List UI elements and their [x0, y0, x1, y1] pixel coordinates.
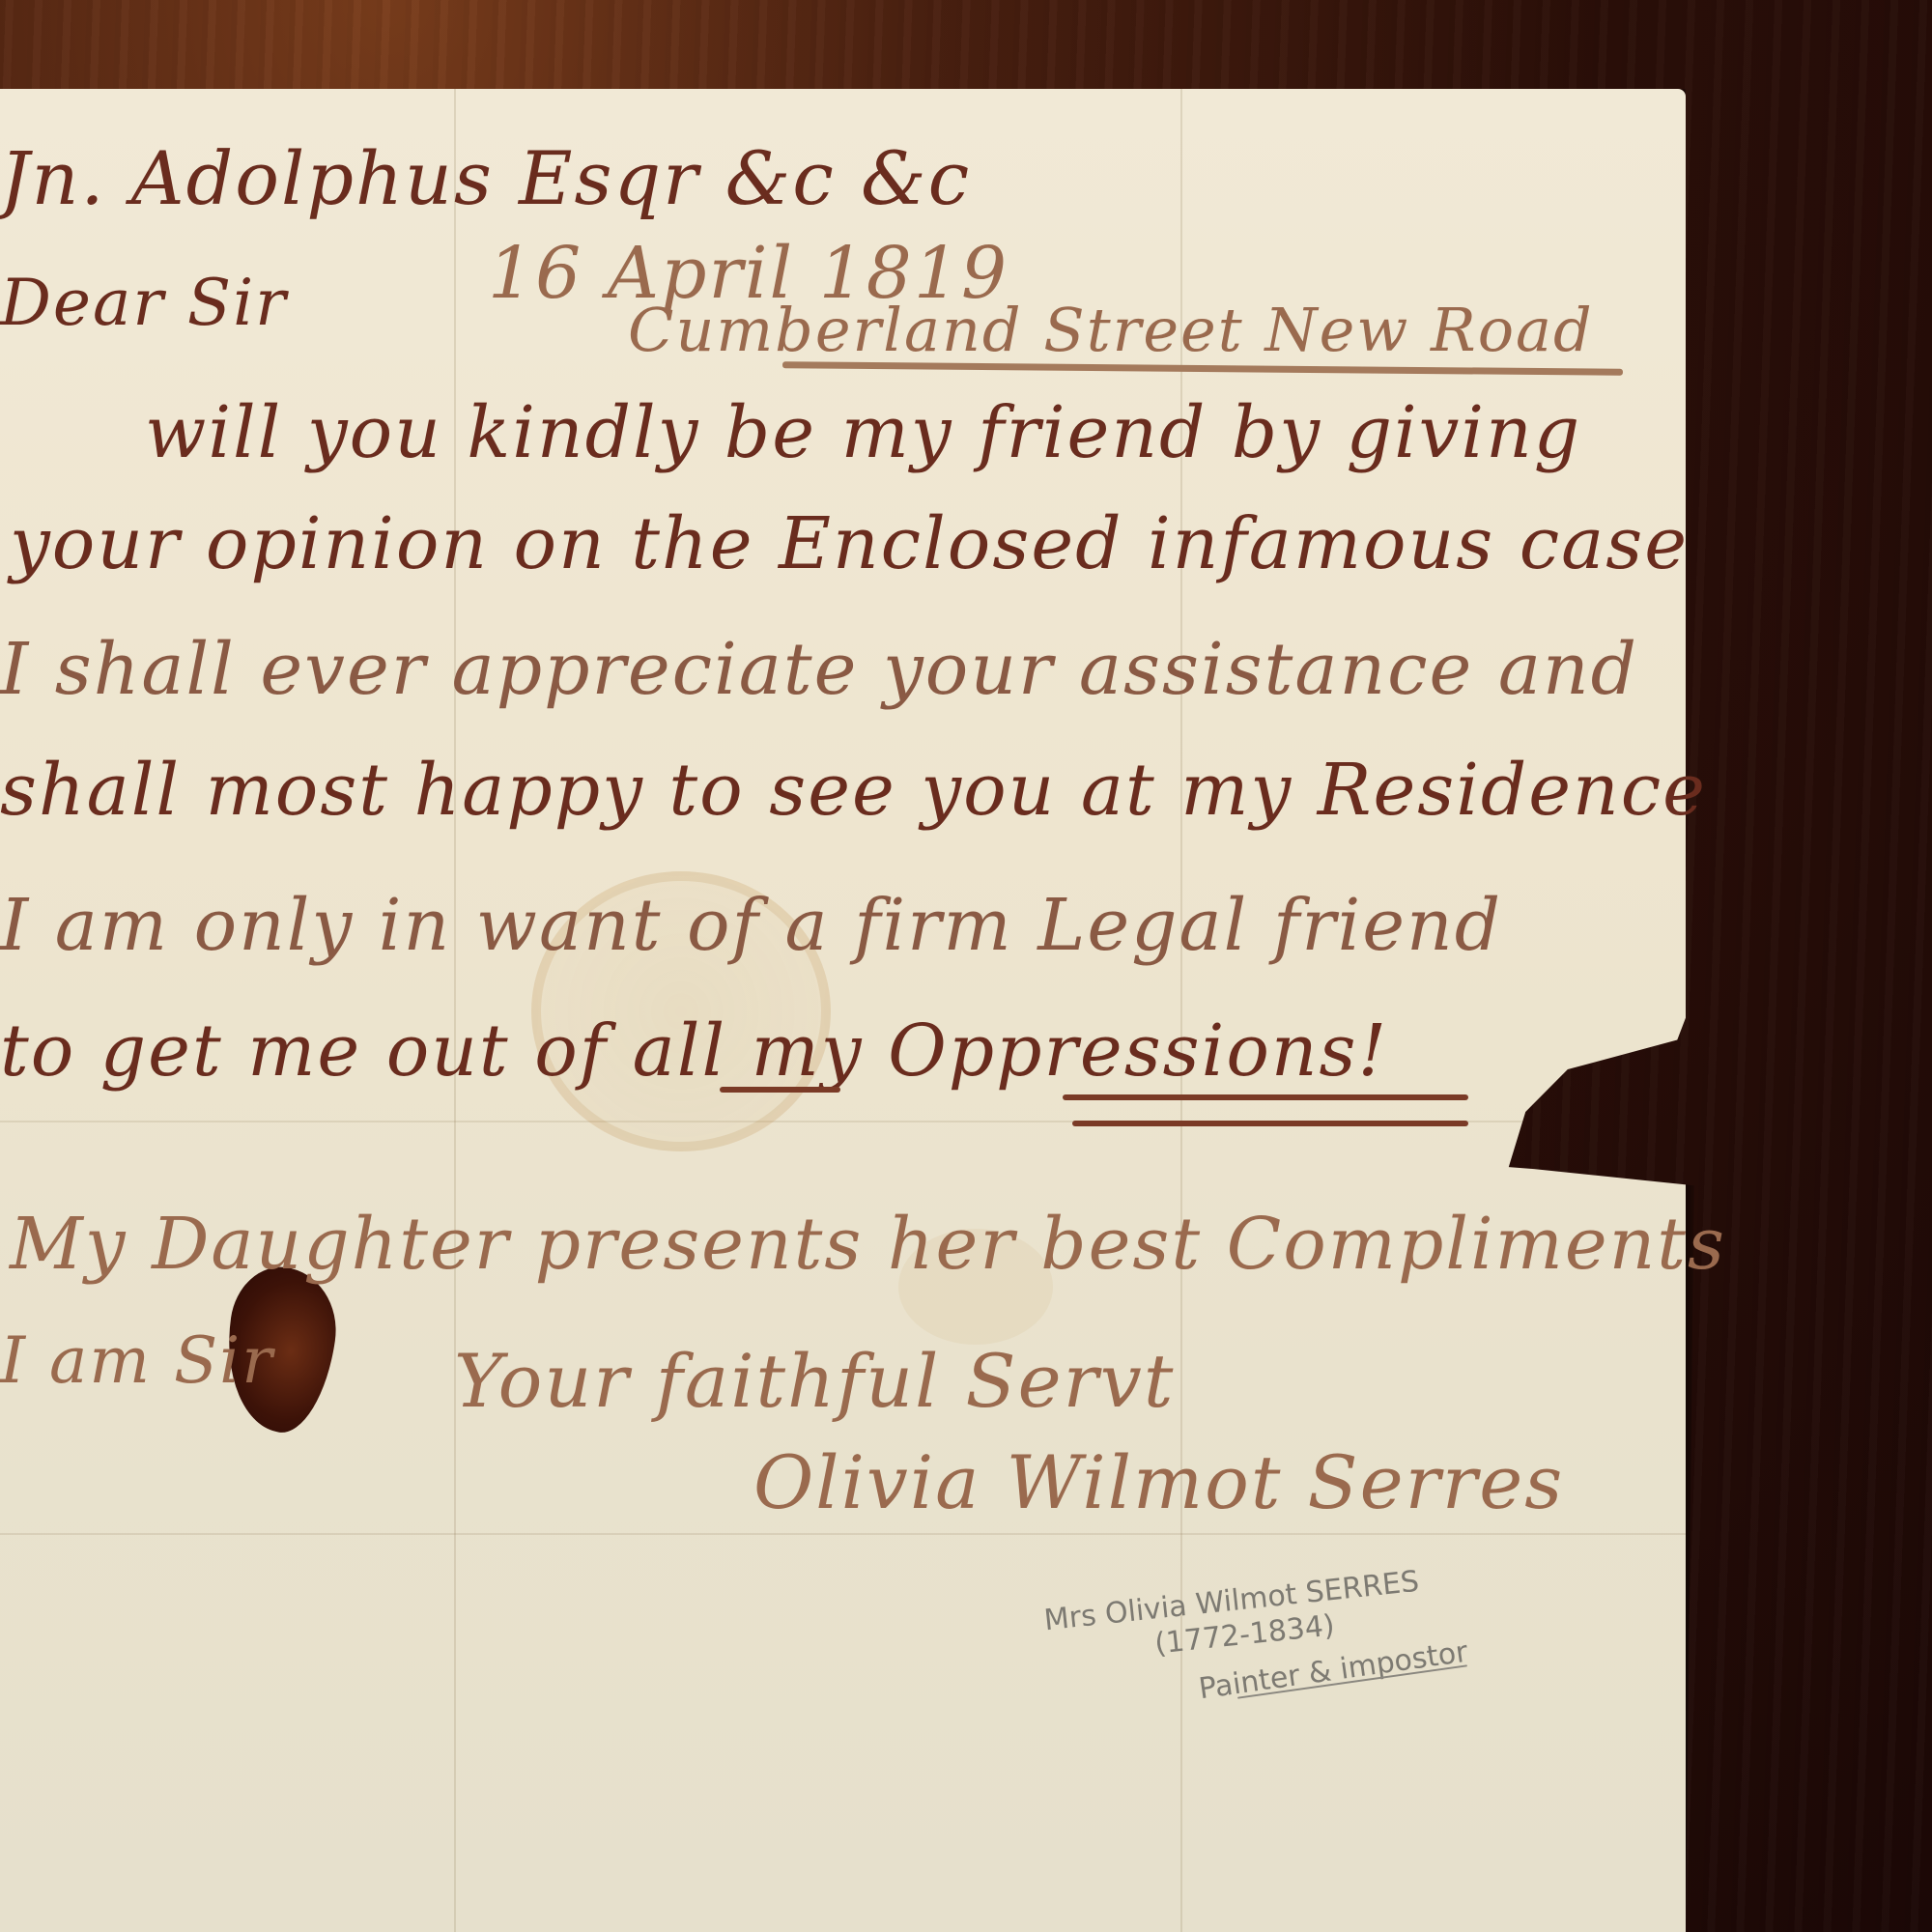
body-line-1: will you kindly be my friend by giving — [145, 391, 1581, 474]
emphasis-underline-oppressions — [1063, 1094, 1468, 1100]
signature: Olivia Wilmot Serres — [753, 1439, 1564, 1525]
postscript-line: My Daughter presents her best Compliment… — [10, 1203, 1726, 1286]
body-line-2: your opinion on the Enclosed infamous ca… — [10, 502, 1689, 585]
valediction: Your faithful Servt — [454, 1338, 1175, 1424]
salutation: Dear Sir — [0, 266, 288, 340]
emphasis-underline-all — [720, 1087, 840, 1093]
body-line-6: to get me out of all my Oppressions! — [0, 1009, 1388, 1093]
paper-fold-line — [0, 1533, 1686, 1535]
body-line-3: I shall ever appreciate your assistance … — [0, 628, 1638, 711]
body-line-4: shall most happy to see you at my Reside… — [0, 749, 1707, 832]
emphasis-underline-oppressions-double — [1072, 1121, 1468, 1126]
body-line-5: I am only in want of a firm Legal friend — [0, 884, 1502, 967]
closing-prefix: I am Sir — [0, 1323, 274, 1398]
addressee-line: Jn. Adolphus Esqr &c &c — [0, 135, 971, 221]
sender-address: Cumberland Street New Road — [628, 295, 1594, 365]
